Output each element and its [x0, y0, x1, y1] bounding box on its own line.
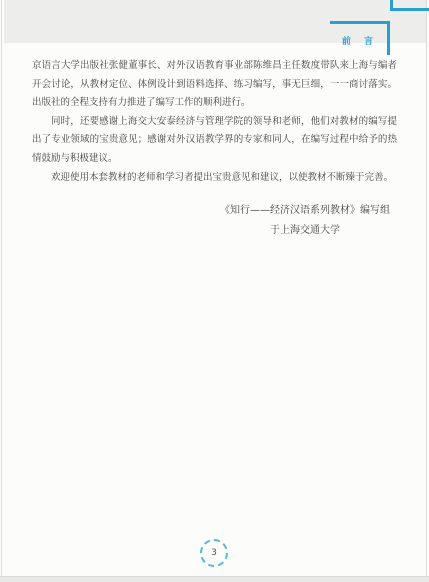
- signature-block: 《知行——经济汉语系列教材》编写组 于上海交通大学: [220, 201, 390, 241]
- paragraph: 同时，还要感谢上海交大安泰经济与管理学院的领导和老师，他们对教材的编写提出了专业…: [32, 113, 397, 169]
- page-edge-left: [1, 0, 2, 582]
- chapter-label-bracket: 前 言: [330, 21, 390, 55]
- signature-line-location: 于上海交通大学: [220, 221, 390, 241]
- chapter-title: 前 言: [342, 37, 378, 47]
- corner-bracket-icon: [390, 0, 429, 11]
- paragraph: 欢迎使用本套教材的老师和学习者提出宝贵意见和建议，以使教材不断臻于完善。: [32, 169, 397, 188]
- page-edge-bottom: [0, 576, 429, 582]
- page-edge-right: [426, 0, 427, 582]
- preface-page: 前 言 京语言大学出版社张健董事长、对外汉语教育事业部陈维昌主任数度带队来上海与…: [0, 0, 429, 582]
- signature-line-author: 《知行——经济汉语系列教材》编写组: [220, 201, 390, 221]
- page-number-badge: 3: [200, 539, 228, 567]
- page-number: 3: [211, 548, 217, 558]
- body-text: 京语言大学出版社张健董事长、对外汉语教育事业部陈维昌主任数度带队来上海与编者开会…: [32, 57, 397, 187]
- paragraph: 京语言大学出版社张健董事长、对外汉语教育事业部陈维昌主任数度带队来上海与编者开会…: [32, 57, 397, 113]
